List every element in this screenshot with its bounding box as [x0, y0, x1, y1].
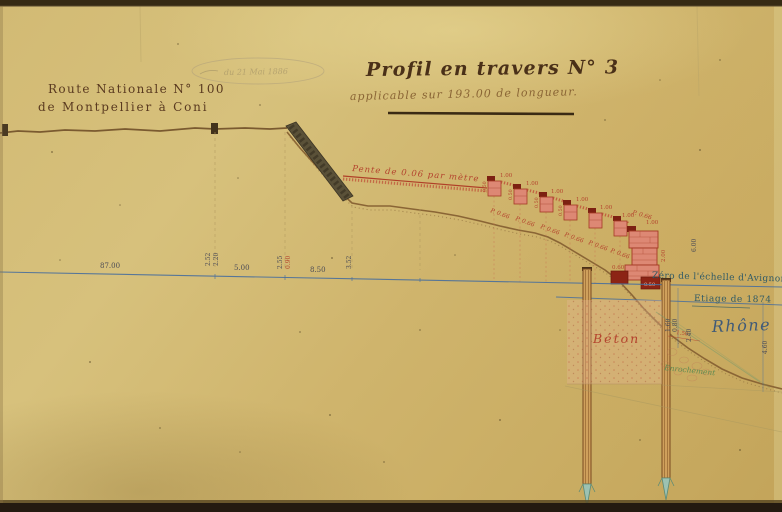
profile-drawing: Profil en travers N° 3 applicable sur 19…: [0, 0, 782, 512]
step-p-label: P. 0.66: [630, 209, 652, 222]
step-run-label: 1.00: [600, 205, 613, 211]
drawing-subtitle: applicable sur 193.00 de longueur.: [350, 85, 578, 103]
wall-base-060: 0.60: [612, 265, 625, 271]
step-riser-label: 0.50: [558, 205, 564, 216]
zero-echelle-label: Zéro de l'échelle d'Avignon: [652, 270, 782, 285]
beton-label: Béton: [592, 331, 640, 346]
dim-5: 5.00: [234, 264, 250, 272]
pencil-note: du 21 Mai 1886: [192, 58, 324, 84]
step-riser-label: 0.50: [508, 189, 514, 200]
step-run-label: 1.00: [526, 181, 539, 187]
dim-352: 3.52: [346, 255, 353, 269]
step-run-label: 1.00: [500, 173, 513, 179]
step-riser-label: 0.50: [482, 181, 488, 192]
step-run-label: 1.00: [551, 189, 564, 195]
right-paper-edge: [774, 6, 782, 503]
route-label-line1: Route Nationale N° 100: [48, 82, 225, 96]
dim-090: 0.90: [285, 255, 292, 269]
pencil-note-text: du 21 Mai 1886: [224, 67, 288, 77]
road-surface-line: [0, 128, 287, 133]
step-run-label: 1.00: [646, 220, 659, 226]
step-p-label: P. 0.66: [513, 215, 535, 229]
ground-shading: [290, 137, 782, 393]
title-block: Profil en travers N° 3 applicable sur 19…: [350, 56, 620, 114]
route-label: Route Nationale N° 100 de Montpellier à …: [38, 82, 225, 114]
etiage-label: Etiage de 1874: [694, 294, 772, 305]
dim-160: 1.60: [665, 318, 672, 332]
beton-area: Béton: [567, 300, 662, 384]
dim-240: 2.40: [686, 328, 693, 342]
dim-220: 2.20: [213, 252, 220, 266]
wall-dim-600: 6.00: [691, 238, 698, 252]
mid-post: [211, 123, 218, 134]
drawing-title: Profil en travers N° 3: [365, 56, 620, 81]
proposed-profile: Pente de 0.06 par mètre: [343, 163, 487, 191]
title-underline: [388, 113, 574, 114]
step-p-label: P. 0.66: [562, 231, 584, 245]
dim-850: 8.50: [310, 266, 326, 274]
rhone-label: Rhône: [710, 315, 771, 336]
pile-right-tip: [662, 478, 670, 500]
dim-255: 2.55: [277, 255, 284, 269]
pencil-lines: [565, 385, 782, 432]
step-p-label: P. 0.66: [608, 247, 630, 261]
dim-252: 2.52: [205, 252, 212, 266]
step-p-label: P. 0.66: [586, 239, 608, 253]
dim-87: 87.00: [100, 262, 120, 270]
diagonal-hatched-bar: [286, 122, 353, 201]
wall-dim-200: 2.00: [661, 249, 667, 262]
step-run-label: 1.00: [576, 197, 589, 203]
dim-460: 4.60: [762, 340, 769, 354]
route-label-line2: de Montpellier à Coni: [38, 100, 208, 114]
step-riser-label: 0.50: [534, 197, 540, 208]
step-p-label: P. 0.66: [488, 207, 510, 221]
dim-080: 0.80: [672, 318, 679, 332]
datum-dimensions: 87.00 5.00 8.50 2.52 2.20 2.55 0.90 3.52: [100, 252, 353, 274]
